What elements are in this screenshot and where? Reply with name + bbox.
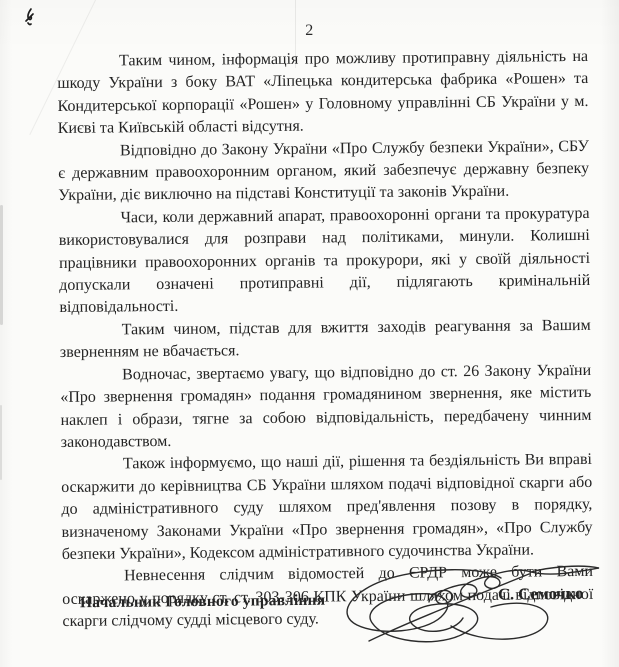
scan-edge-smudge [0, 405, 2, 480]
page-number: 2 [0, 22, 619, 40]
scan-edge-smudge [0, 205, 3, 325]
paragraph: Часи, коли державний апарат, правоохорон… [59, 203, 591, 320]
paragraph: Водночас, звертаємо увагу, що відповідно… [60, 360, 592, 455]
signature-block: Начальник Головного управління С. Семочк… [0, 560, 619, 660]
paragraph: Таким чином, інформація про можливу прот… [57, 46, 589, 141]
signer-title: Начальник Головного управління [80, 592, 325, 613]
handwritten-signature-icon [333, 562, 605, 654]
letter-body: Таким чином, інформація про можливу прот… [57, 46, 594, 634]
paragraph: Відповідно до Закону України «Про Службу… [58, 136, 590, 208]
signer-name: С. Семочко [498, 583, 584, 604]
paragraph: Таким чином, підстав для вжиття заходів … [60, 315, 591, 365]
paragraph: Також інформуємо, що наші дії, рішення т… [61, 449, 593, 566]
scanned-letter-page: 2 Таким чином, інформація про можливу пр… [0, 0, 619, 667]
